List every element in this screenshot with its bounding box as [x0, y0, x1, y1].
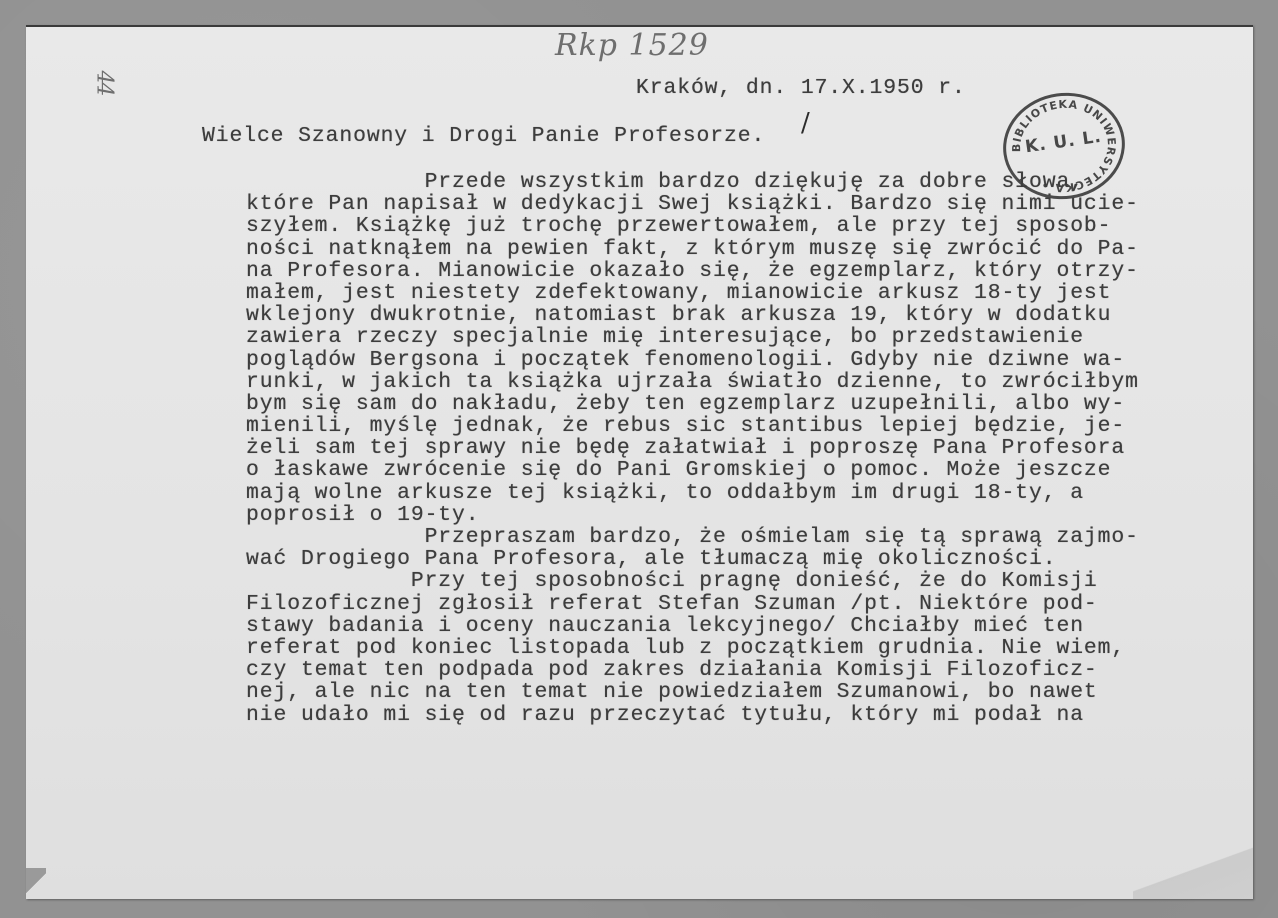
letter-line: nie udało mi się od razu przeczytać tytu… [246, 704, 1139, 726]
torn-corner [26, 868, 46, 898]
letter-line: małem, jest niestety zdefektowany, miano… [246, 282, 1139, 304]
letter-line: mają wolne arkusze tej książki, to oddał… [246, 482, 1139, 504]
letter-line: poprosił o 19-ty. [246, 504, 1139, 526]
letter-line: Przepraszam bardzo, że ośmielam się tą s… [246, 526, 1139, 548]
letter-line: wklejony dwukrotnie, natomiast brak arku… [246, 304, 1139, 326]
letter-line: bym się sam do nakładu, żeby ten egzempl… [246, 393, 1139, 415]
letter-line: które Pan napisał w dedykacji Swej książ… [246, 193, 1139, 215]
letter-line: zawiera rzeczy specjalnie mię interesują… [246, 326, 1139, 348]
letter-line: runki, w jakich ta książka ujrzała świat… [246, 371, 1139, 393]
margin-pencil-number: 44 [92, 71, 117, 95]
letter-line: szyłem. Książkę już trochę przewertowałe… [246, 215, 1139, 237]
letter-line: Przy tej sposobności pragnę donieść, że … [246, 570, 1139, 592]
salutation: Wielce Szanowny i Drogi Panie Profesorze… [202, 124, 765, 148]
letter-line: nej, ale nic na ten temat nie powiedział… [246, 681, 1139, 703]
letter-line: ności natknąłem na pewien fakt, z którym… [246, 238, 1139, 260]
letter-line: stawy badania i oceny nauczania lekcyjne… [246, 615, 1139, 637]
letter-line: Przede wszystkim bardzo dziękuję za dobr… [246, 171, 1139, 193]
letter-body: Przede wszystkim bardzo dziękuję za dobr… [246, 171, 1139, 726]
letter-line: żeli sam tej sprawy nie będę załatwiał i… [246, 437, 1139, 459]
check-mark: / [801, 108, 810, 138]
letter-line: mienili, myślę jednak, że rebus sic stan… [246, 415, 1139, 437]
letter-line: o łaskawe zwrócenie się do Pani Gromskie… [246, 459, 1139, 481]
letter-line: Filozoficznej zgłosił referat Stefan Szu… [246, 593, 1139, 615]
dateline: Kraków, dn. 17.X.1950 r. [636, 76, 966, 100]
letter-line: poglądów Bergsona i początek fenomenolog… [246, 349, 1139, 371]
letter-line: wać Drogiego Pana Profesora, ale tłumacz… [246, 548, 1139, 570]
letter-line: referat pod koniec listopada lub z począ… [246, 637, 1139, 659]
letter-line: czy temat ten podpada pod zakres działan… [246, 659, 1139, 681]
shelfmark-annotation: Rkp 1529 [555, 28, 709, 63]
letter-line: na Profesora. Mianowicie okazało się, że… [246, 260, 1139, 282]
